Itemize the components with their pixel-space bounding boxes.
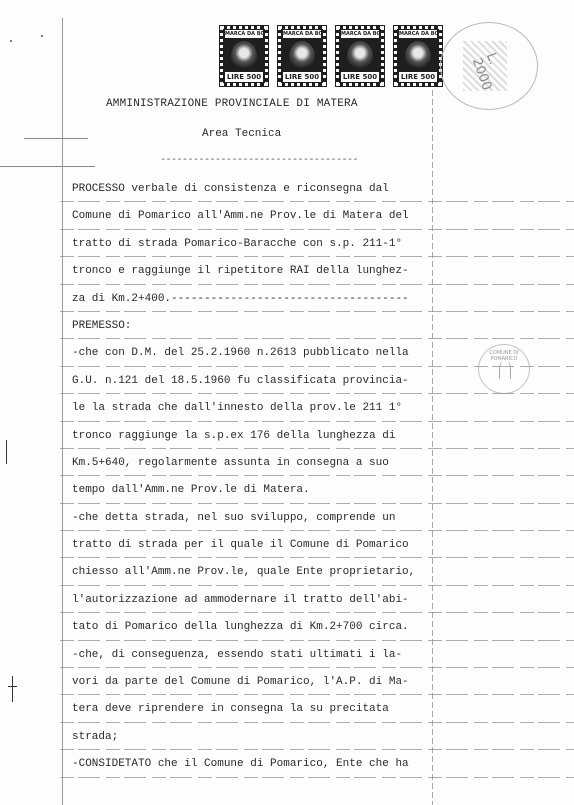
text-line: -che con D.M. del 25.2.1960 n.2613 pubbl… [72,347,442,374]
text-line: -che detta strada, nel suo sviluppo, com… [72,512,442,539]
revenue-stamp: MARCA DA BOLLO LIRE 500 [336,26,384,86]
speck [10,40,12,42]
document-page: MARCA DA BOLLO LIRE 500 MARCA DA BOLLO L… [0,0,574,805]
text-line: PREMESSO: [72,320,442,347]
text-line: tronco e raggiunge il ripetitore RAI del… [72,265,442,292]
text-line: tempo dall'Amm.ne Prov.le di Matera. [72,484,442,511]
text-line: za di Km.2+400.-------------------------… [72,293,442,320]
stamp-top-text: MARCA DA BOLLO [399,30,437,38]
stamp-value: LIRE 500 [225,72,263,82]
text-line: tera deve riprendere in consegna la su p… [72,703,442,730]
left-margin-line [62,18,63,805]
stamp-value: LIRE 500 [283,72,321,82]
text-line: tratto di strada per il quale il Comune … [72,539,442,566]
text-line: vori da parte del Comune di Pomarico, l'… [72,676,442,703]
text-line: PROCESSO verbale di consistenza e ricons… [72,183,442,210]
revenue-stamp: MARCA DA BOLLO LIRE 500 [394,26,442,86]
portrait-icon [231,41,257,71]
text-line: -che, di conseguenza, essendo stati ulti… [72,649,442,676]
document-body: PROCESSO verbale di consistenza e ricons… [72,183,442,786]
separator: ------------------------------------ [160,155,358,166]
portrait-icon [289,41,315,71]
margin-tick [0,166,95,167]
document-title: AMMINISTRAZIONE PROVINCIALE DI MATERA [106,98,358,110]
text-line: strada; [72,731,442,758]
stamp-value: LIRE 500 [399,72,437,82]
speck [41,35,43,37]
text-line: chiesso all'Amm.ne Prov.le, quale Ente p… [72,566,442,593]
text-line: Km.5+640, regolarmente assunta in conseg… [72,457,442,484]
document-subtitle: Area Tecnica [202,128,281,140]
stamp-top-text: MARCA DA BOLLO [341,30,379,38]
portrait-icon [405,41,431,71]
text-line: tato di Pomarico della lunghezza di Km.2… [72,621,442,648]
text-line: l'autorizzazione ad ammodernare il tratt… [72,594,442,621]
margin-mark [12,676,13,702]
revenue-stamp: MARCA DA BOLLO LIRE 500 [278,26,326,86]
text-line: -CONSIDETATO che il Comune di Pomarico, … [72,758,442,785]
text-line: G.U. n.121 del 18.5.1960 fu classificata… [72,375,442,402]
margin-tick [24,138,88,139]
revenue-stamp: MARCA DA BOLLO LIRE 500 [220,26,268,86]
stamp-value: LIRE 500 [341,72,379,82]
stamp-top-text: MARCA DA BOLLO [283,30,321,38]
text-line: Comune di Pomarico all'Amm.ne Prov.le di… [72,210,442,237]
municipal-seal: COMUNE DI POMARICO [478,344,530,394]
text-line: tronco raggiunge la s.p.ex 176 della lun… [72,430,442,457]
revenue-stamps: MARCA DA BOLLO LIRE 500 MARCA DA BOLLO L… [220,26,442,86]
cancellation-seal: L. 2000 [440,22,538,110]
stamp-top-text: MARCA DA BOLLO [225,30,263,38]
margin-mark [6,440,7,464]
seal-emblem-icon [499,361,511,379]
text-line: tratto di strada Pomarico-Baracche con s… [72,238,442,265]
portrait-icon [347,41,373,71]
text-line: le la strada che dall'innesto della prov… [72,402,442,429]
